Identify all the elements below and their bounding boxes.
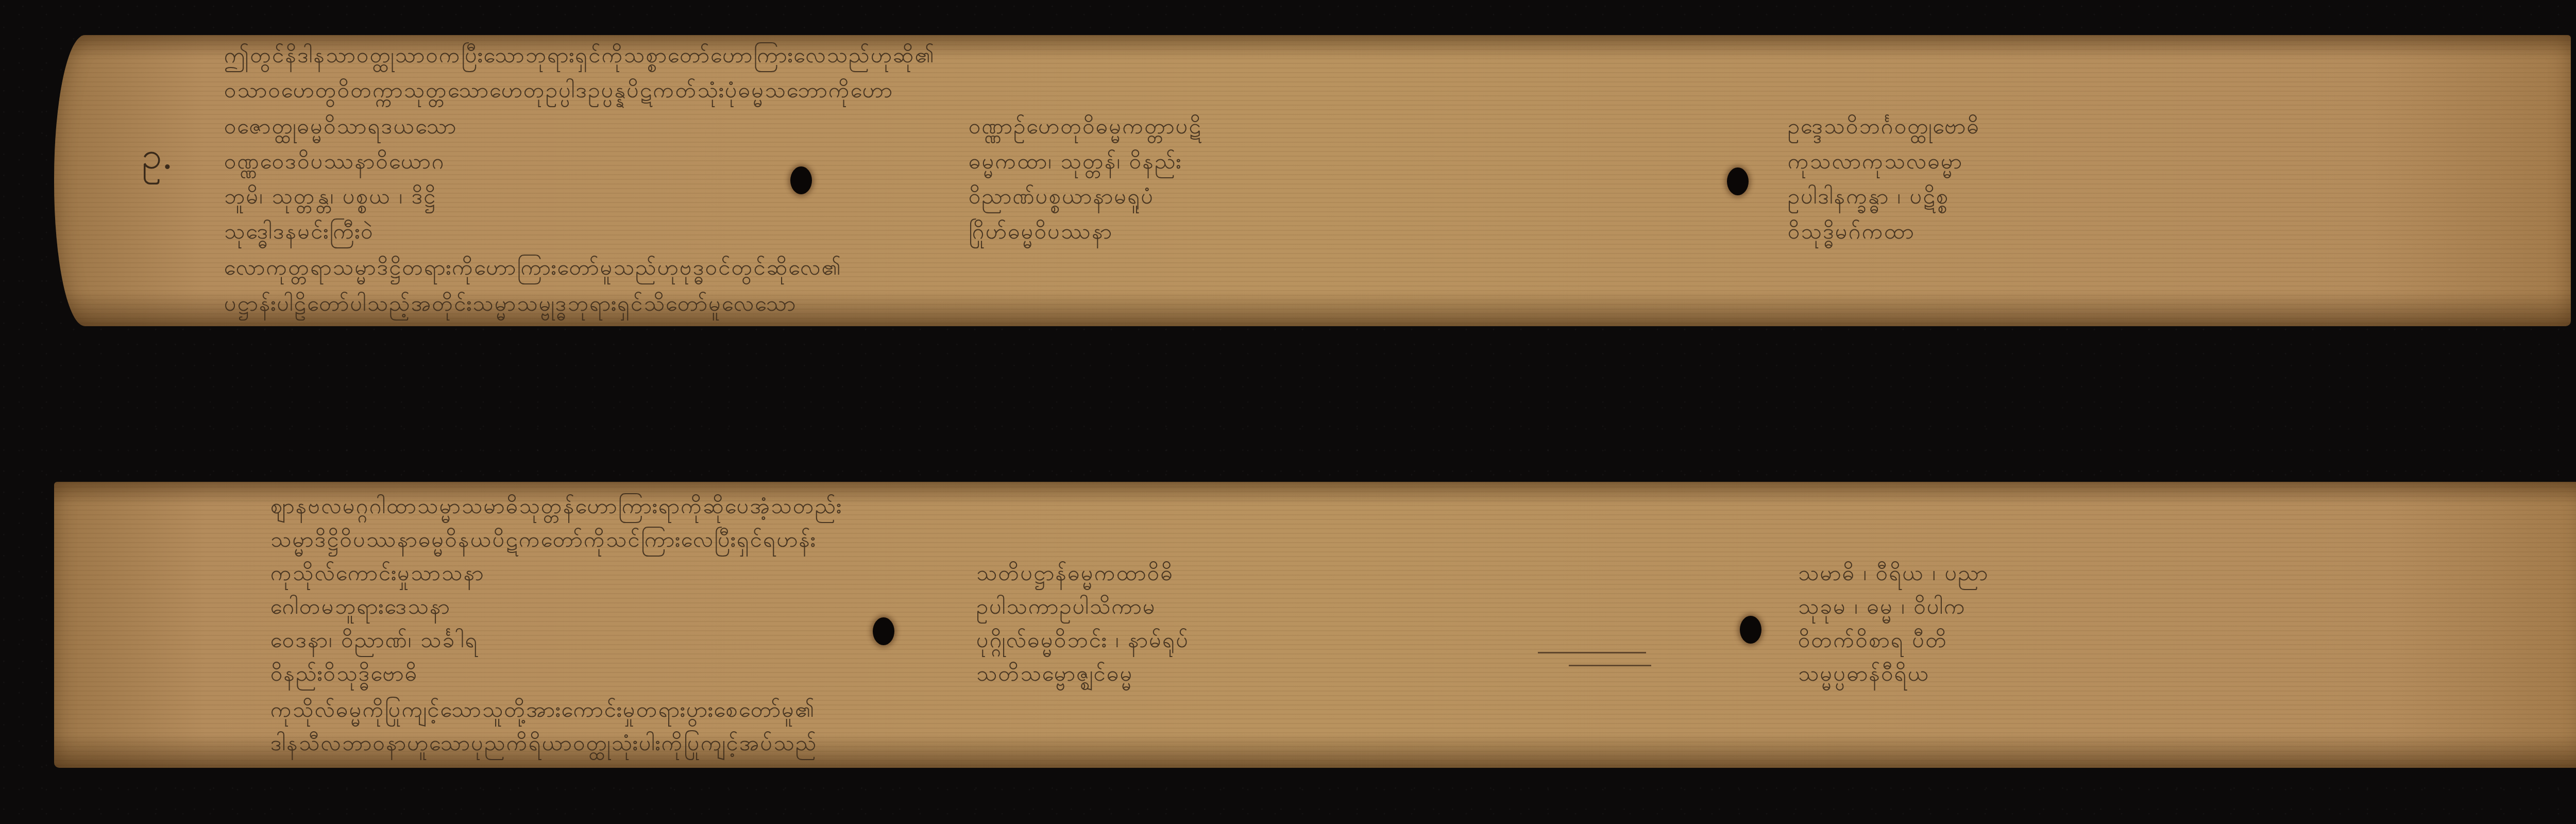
text-line-6-left: ဝိနည်းဝိသုဒ္ဓိဗောဓိ bbox=[270, 660, 418, 692]
text-line-5-left: ဝေဒနာ၊ ဝိညာဏ်၊ သင်္ခါရ bbox=[270, 626, 479, 658]
text-line-3-left: ဝဇောတ္ထုဓမ္မဝိသာရဒယသော bbox=[224, 112, 457, 144]
string-hole-bottom-right bbox=[1740, 616, 1761, 644]
text-line-6-right: ဝိသုဒ္ဓိမဂ်ကထာ bbox=[1788, 217, 1915, 249]
text-line-6-left: သုဒ္ဓေါဒနမင်းကြီးဝဲ bbox=[224, 217, 374, 249]
text-line-5-right: ဥပါဒါနက္ခန္ဓာ ၊ ပဋိစ္စ bbox=[1788, 182, 1950, 214]
text-line-5-center: ပုဂ္ဂိုလ်ဓမ္မဝိဘင်း ၊ နာမ်ရုပ် bbox=[976, 626, 1189, 658]
text-line-6-center: ဂြိုဟ်ဓမ္မဝိပဿနာ bbox=[969, 217, 1113, 249]
text-line-8: ဒါနသီလဘာဝနာဟူသောပုညကိရိယာဝတ္ထုသုံးပါးကို… bbox=[270, 729, 818, 761]
palm-leaf-bottom: ဈာနဗလမဂ္ဂဂါထာသမ္မာသမာဓိသုတ္တန်ဟောကြားရာက… bbox=[54, 482, 2576, 768]
text-line-7: လောကုတ္တရာသမ္မာဒိဋ္ဌိတရားကိုဟောကြားတော်မ… bbox=[224, 254, 842, 285]
text-line-5-center: ဝိညာဏ်ပစ္စယာနာမရူပံ bbox=[969, 182, 1154, 214]
text-line-1: ဈာနဗလမဂ္ဂဂါထာသမ္မာသမာဓိသုတ္တန်ဟောကြားရာက… bbox=[270, 492, 842, 524]
ink-rule bbox=[1538, 652, 1646, 653]
string-hole-top-right bbox=[1727, 167, 1749, 195]
text-line-3-center: ဝဏ္ဏာဥ်ဟေတုဝိဓမ္မကတ္တာပဋိ bbox=[969, 112, 1202, 144]
text-line-5-right: ဝိတက်ဝိစာရ ပီတိ bbox=[1798, 626, 1947, 658]
text-line-2: သမ္မာဒိဋ္ဌိဝိပဿနာဓမ္မဝိနယပိဋကတော်ကိုသင်က… bbox=[270, 526, 817, 558]
text-line-3-right: သမာဓိ ၊ ဝီရိယ ၊ ပညာ bbox=[1798, 559, 1989, 591]
text-line-8: ပဋ္ဌာန်းပါဠိတော်ပါသည့်အတိုင်းသမ္မာသမ္ဗုဒ… bbox=[224, 290, 796, 322]
folio-number: ဥ. bbox=[142, 141, 173, 172]
text-line-5-left: ဘူမိ၊ သုတ္တန္တ၊ ပစ္စယ ၊ ဒိဋ္ဌိ bbox=[224, 182, 436, 214]
text-line-6-center: သတိသမ္ဗောဇ္ဈင်ဓမ္မ bbox=[976, 660, 1133, 692]
text-line-4-left: ဝဏ္ဏဝေဒဝိပဿနာဝိယောဂ bbox=[224, 147, 445, 179]
text-line-4-left: ဂေါတမဘူရားဒေသနာ bbox=[270, 593, 451, 625]
text-line-4-center: ဥပါသကာဥပါသိကာမ bbox=[976, 593, 1156, 625]
ink-rule bbox=[1569, 665, 1651, 666]
text-line-3-center: သတိပဋ္ဌာန်ဓမ္မကထာဝိဓိ bbox=[976, 559, 1174, 591]
text-line-7: ကုသိုလ်ဓမ္မကိုပြုကျင့်သောသူတို့အားကောင်း… bbox=[270, 696, 816, 728]
text-line-4-center: ဓမ္မကထာ၊ သုတ္တန်၊ ဝိနည်း bbox=[969, 147, 1182, 179]
palm-leaf-top: ဥ. ဤတွင်နိဒါနသာဝတ္ထုသာဝကပြီးသောဘုရားရှင်… bbox=[54, 35, 2571, 326]
string-hole-bottom-left bbox=[873, 617, 894, 645]
text-line-1: ဤတွင်နိဒါနသာဝတ္ထုသာဝကပြီးသောဘုရားရှင်ကို… bbox=[224, 41, 2388, 73]
string-hole-top-left bbox=[790, 166, 812, 194]
text-line-3-right: ဥဒ္ဒေသဝိဘင်္ဂဝတ္ထုဗောဓိ bbox=[1788, 112, 1980, 144]
text-line-4-right: သုခုမ ၊ ဓမ္မ ၊ ဝိပါက bbox=[1798, 593, 1966, 625]
text-line-3-left: ကုသိုလ်ကောင်းမှုသာသနာ bbox=[270, 559, 485, 591]
text-line-6-right: သမ္မပ္ပဓာန်ဝီရိယ bbox=[1798, 660, 1930, 692]
text-line-2: ဝသာဝဟေတွဝိတက္ကာသုတ္တသောဟေတုဥပ္ပါဒဥပ္ပန္န… bbox=[224, 76, 2388, 108]
text-line-4-right: ကုသလာကုသလဓမ္မာ bbox=[1788, 147, 1963, 179]
